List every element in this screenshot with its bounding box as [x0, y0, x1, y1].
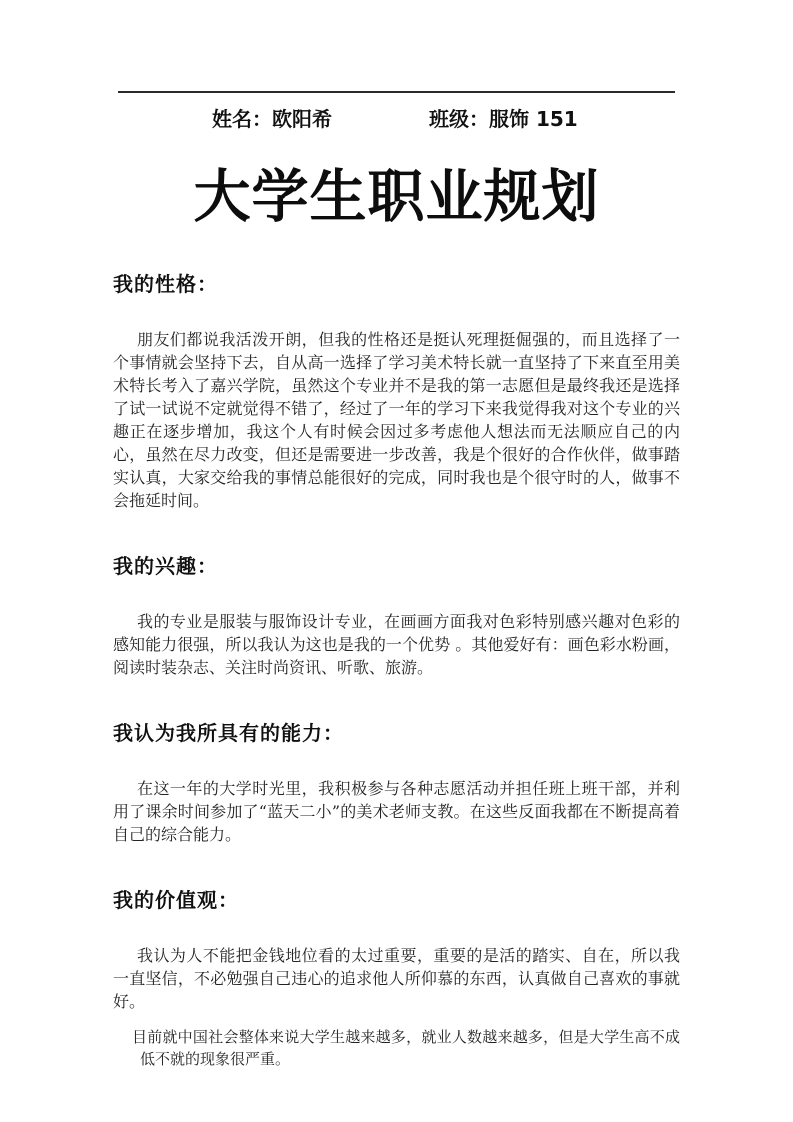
student-class-label: 班级：服饰 151: [429, 103, 578, 132]
section-personality: 我的性格： 朋友们都说我活泼开朗，但我的性格还是挺认死理挺倔强的，而且选择了一个…: [113, 268, 680, 512]
section-paragraph: 朋友们都说我活泼开朗，但我的性格还是挺认死理挺倔强的，而且选择了一个事情就会坚持…: [113, 328, 680, 512]
section-note-paragraph: 目前就中国社会整体来说大学生越来越多，就业人数越来越多，但是大学生高不成低不就的…: [140, 1026, 680, 1070]
section-abilities: 我认为我所具有的能力： 在这一年的大学时光里，我积极参与各种志愿活动并担任班上班…: [113, 717, 680, 846]
section-paragraph: 我的专业是服装与服饰设计专业，在画画方面我对色彩特别感兴趣对色彩的感知能力很强，…: [113, 610, 680, 679]
doc-header: 姓名：欧阳希 班级：服饰 151: [113, 103, 680, 132]
section-interests: 我的兴趣： 我的专业是服装与服饰设计专业，在画画方面我对色彩特别感兴趣对色彩的感…: [113, 550, 680, 679]
section-paragraph: 在这一年的大学时光里，我积极参与各种志愿活动并担任班上班干部，并利用了课余时间参…: [113, 777, 680, 846]
section-heading-interests: 我的兴趣：: [113, 550, 680, 579]
section-heading-abilities: 我认为我所具有的能力：: [113, 717, 680, 746]
student-name-label: 姓名：欧阳希: [212, 103, 332, 132]
section-paragraph: 我认为人不能把金钱地位看的太过重要，重要的是活的踏实、自在，所以我一直坚信，不必…: [113, 944, 680, 1013]
page-title: 大学生职业规划: [113, 164, 680, 230]
document-page: 姓名：欧阳希 班级：服饰 151 大学生职业规划 我的性格： 朋友们都说我活泼开…: [0, 0, 793, 1122]
section-heading-values: 我的价值观：: [113, 884, 680, 913]
section-heading-personality: 我的性格：: [113, 268, 680, 297]
section-values: 我的价值观： 我认为人不能把金钱地位看的太过重要，重要的是活的踏实、自在，所以我…: [113, 884, 680, 1070]
header-rule: [118, 91, 675, 93]
